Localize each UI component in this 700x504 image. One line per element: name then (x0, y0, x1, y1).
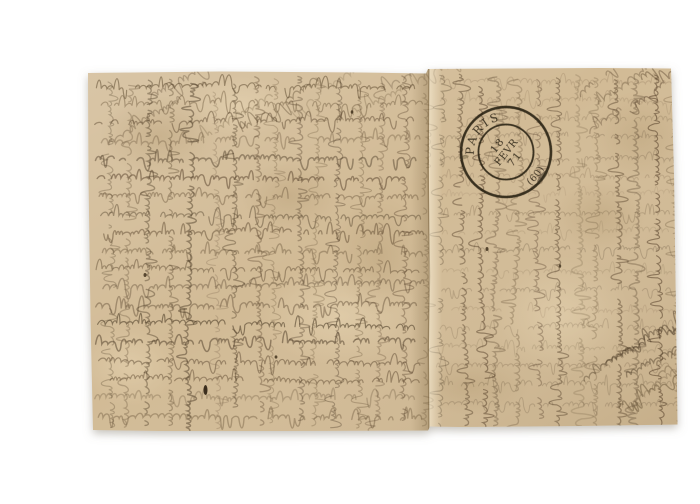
fold-crease (411, 61, 442, 441)
letter-scene: PARIS (60) 18 FEVR 71 (40, 16, 700, 488)
letter-photo: PARIS (60) 18 FEVR 71 (40, 16, 700, 488)
paper-hole (204, 385, 208, 395)
